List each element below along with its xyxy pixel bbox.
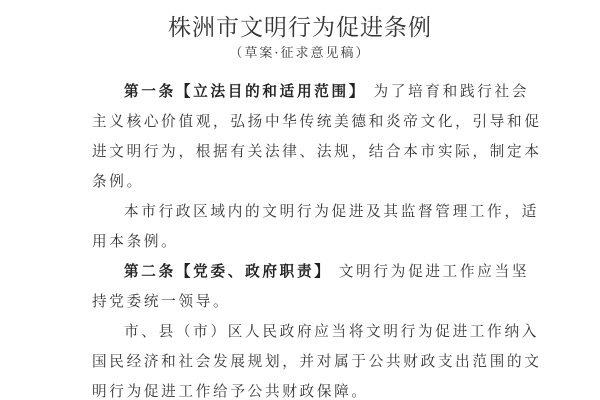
article-1-paragraph-2-line: 本市行政区域内的文明行为促进及其监督管理工作，适 bbox=[124, 200, 539, 221]
article-2-heading: 第二条 bbox=[124, 263, 176, 280]
article-1-heading: 第一条 bbox=[124, 83, 176, 100]
article-2-paragraph-2-line: 明行为促进工作给予公共财政保障。 bbox=[92, 380, 369, 400]
article-1-topic: 【立法目的和适用范围】 bbox=[176, 83, 366, 100]
article-2-text-line: 文明行为促进工作应当坚 bbox=[339, 263, 529, 280]
article-1-paragraph-2-line: 用本条例。 bbox=[92, 230, 178, 251]
article-1-first-line: 第一条【立法目的和适用范围】 为了培育和践行社会 bbox=[124, 80, 529, 101]
document-subtitle: （草案·征求意见稿） bbox=[0, 42, 600, 61]
article-2-paragraph-2-line: 市、县（市）区人民政府应当将文明行为促进工作纳入 bbox=[124, 320, 539, 341]
article-2-paragraph-2-line: 国民经济和社会发展规划，并对属于公共财政支出范围的文 bbox=[92, 350, 542, 371]
article-1-text-line: 进文明行为，根据有关法律、法规，结合本市实际，制定本 bbox=[92, 140, 542, 161]
article-2-first-line: 第二条【党委、政府职责】 文明行为促进工作应当坚 bbox=[124, 260, 529, 281]
article-1-text-line: 条例。 bbox=[92, 170, 144, 191]
article-2-topic: 【党委、政府职责】 bbox=[176, 263, 332, 280]
article-1-text-line: 主义核心价值观，弘扬中华传统美德和炎帝文化，引导和促 bbox=[92, 110, 542, 131]
document-title: 株洲市文明行为促进条例 bbox=[0, 9, 600, 42]
article-2-text-line: 持党委统一领导。 bbox=[92, 290, 230, 311]
article-1-text-line: 为了培育和践行社会 bbox=[373, 83, 529, 100]
